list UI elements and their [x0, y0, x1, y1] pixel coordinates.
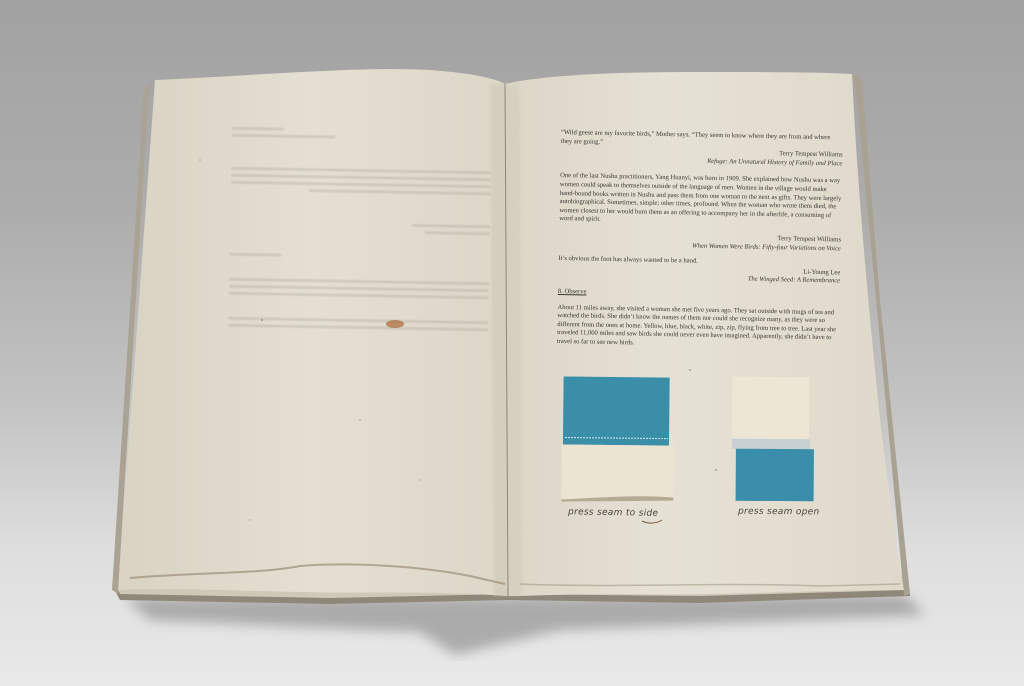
section-body: About 11 miles away, she visited a woman… [557, 303, 840, 351]
left-page-bleedthrough [228, 123, 492, 336]
quote-2-text: One of the last Nushu practitioners, Yan… [559, 172, 842, 229]
book-shadow [125, 595, 925, 655]
fabric-swatch-seam-open [732, 377, 815, 502]
open-book [0, 0, 1024, 686]
swatch-caption-seam-to-side: press seam to side [568, 507, 658, 519]
right-page-text: “Wild geese are my favorite birds,” Moth… [557, 129, 843, 352]
swatch-caption-seam-open: press seam open [738, 507, 820, 518]
fabric-swatch-seam-to-side [561, 377, 674, 503]
book-photo-scene: “Wild geese are my favorite birds,” Moth… [0, 0, 1024, 686]
